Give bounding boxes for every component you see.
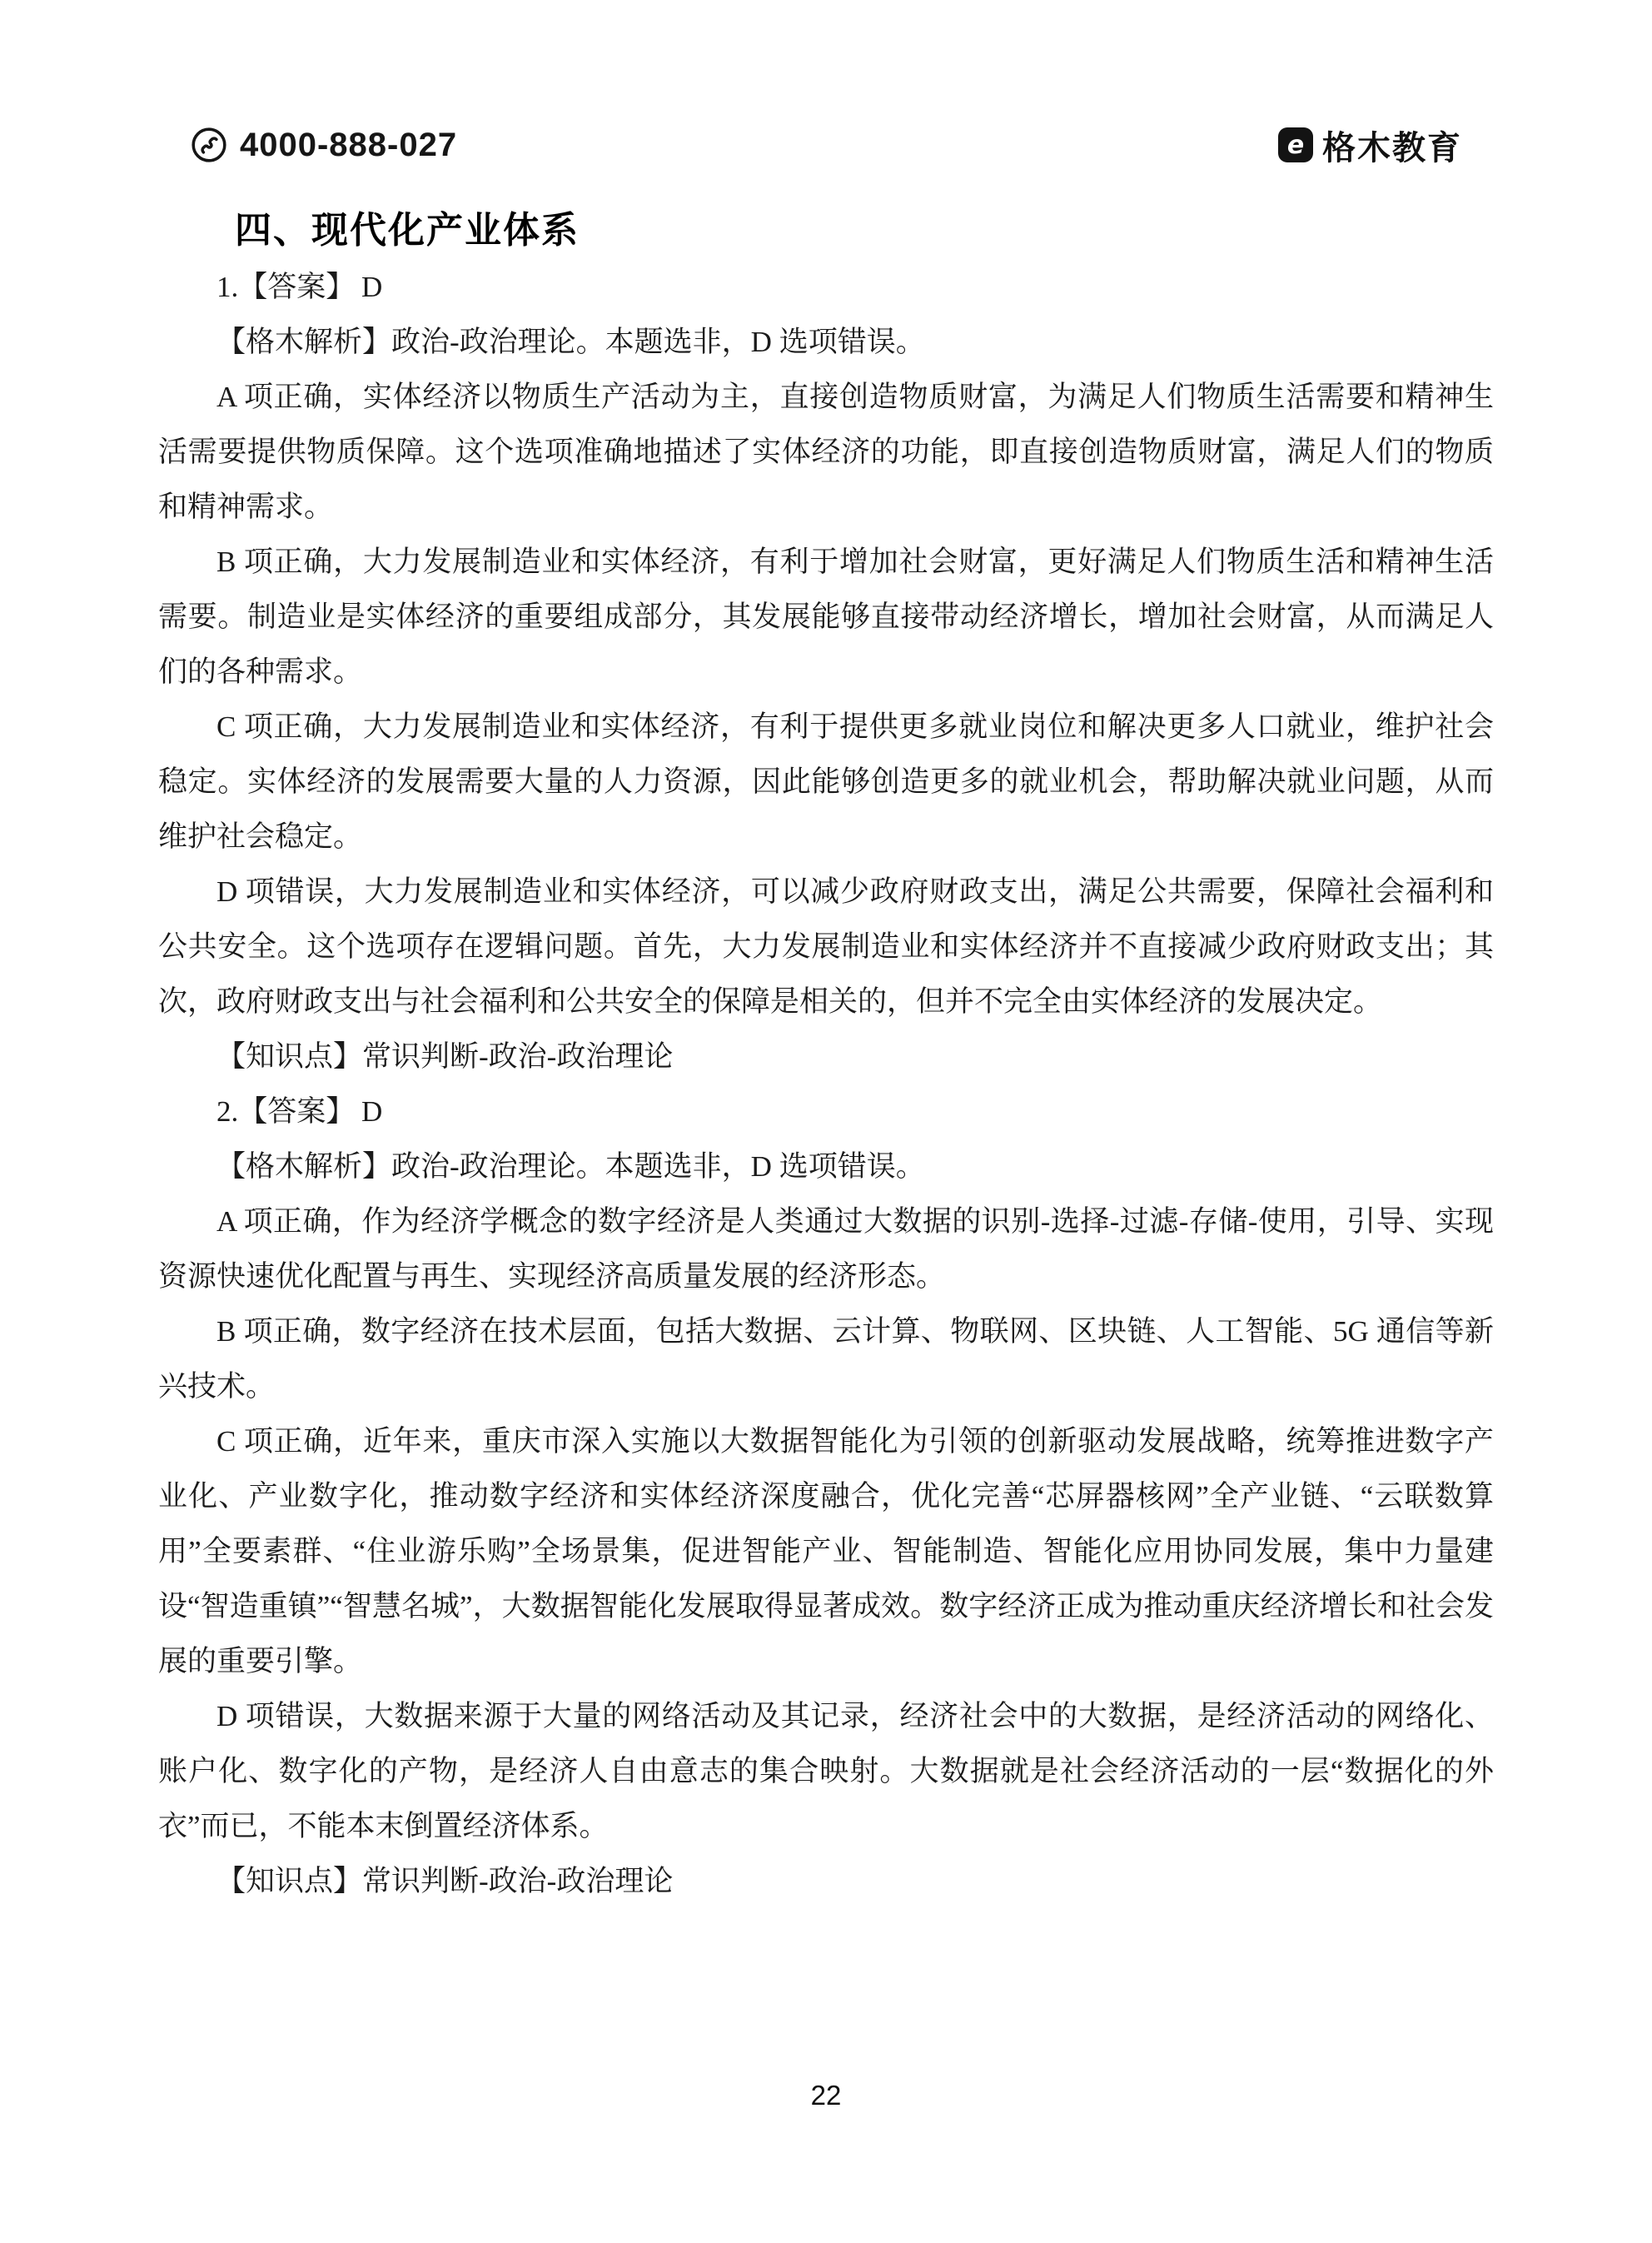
q2-option-a-paragraph: A 项正确，作为经济学概念的数字经济是人类通过大数据的识别-选择-过滤-存储-使… (158, 1194, 1494, 1304)
q2-answer-label: 【答案】 (238, 1095, 355, 1128)
q1-option-b-paragraph: B 项正确，大力发展制造业和实体经济，有利于增加社会财富，更好满足人们物质生活和… (158, 535, 1494, 700)
content-body: 1.【答案】D 【格木解析】政治-政治理论。本题选非，D 选项错误。 A 项正确… (158, 260, 1494, 1909)
document-page: 4000-888-027 e 格木教育 四、现代化产业体系 1.【答案】D 【格… (0, 0, 1652, 2243)
q1-option-d-paragraph: D 项错误，大力发展制造业和实体经济，可以减少政府财政支出，满足公共需要，保障社… (158, 865, 1494, 1029)
q2-option-b-paragraph: B 项正确，数字经济在技术层面，包括大数据、云计算、物联网、区块链、人工智能、5… (158, 1304, 1494, 1414)
q1-knowledge-line: 【知识点】常识判断-政治-政治理论 (158, 1029, 1494, 1084)
header-phone: 4000-888-027 (190, 126, 457, 164)
q2-analysis-label: 【格木解析】 (216, 1150, 391, 1183)
q1-knowledge-text: 常识判断-政治-政治理论 (362, 1040, 673, 1073)
page-header: 4000-888-027 e 格木教育 (190, 123, 1462, 167)
q2-knowledge-label: 【知识点】 (216, 1865, 362, 1897)
phone-icon (190, 126, 228, 164)
q1-analysis-text: 政治-政治理论。本题选非，D 选项错误。 (391, 326, 925, 358)
q2-knowledge-text: 常识判断-政治-政治理论 (362, 1865, 673, 1897)
q2-option-c-paragraph: C 项正确，近年来，重庆市深入实施以大数据智能化为引领的创新驱动发展战略，统筹推… (158, 1414, 1494, 1689)
q1-answer-value: D (361, 271, 382, 303)
q1-option-c-paragraph: C 项正确，大力发展制造业和实体经济，有利于提供更多就业岗位和解决更多人口就业，… (158, 700, 1494, 865)
q1-answer-label: 【答案】 (238, 271, 355, 303)
q1-analysis-line: 【格木解析】政治-政治理论。本题选非，D 选项错误。 (158, 315, 1494, 370)
page-number: 22 (0, 2080, 1652, 2111)
q2-answer-line: 2.【答案】D (158, 1084, 1494, 1139)
q2-answer-value: D (361, 1095, 382, 1128)
brand-logo: e 格木教育 (1277, 122, 1462, 169)
section-title: 四、现代化产业体系 (235, 200, 580, 253)
q1-answer-line: 1.【答案】D (158, 260, 1494, 315)
q1-analysis-label: 【格木解析】 (216, 326, 391, 358)
q1-option-a-paragraph: A 项正确，实体经济以物质生产活动为主，直接创造物质财富，为满足人们物质生活需要… (158, 370, 1494, 535)
q2-knowledge-line: 【知识点】常识判断-政治-政治理论 (158, 1854, 1494, 1909)
q2-number: 2. (216, 1095, 238, 1128)
svg-text:e: e (1287, 131, 1304, 160)
q1-number: 1. (216, 271, 238, 303)
phone-number: 4000-888-027 (240, 127, 457, 164)
q2-analysis-text: 政治-政治理论。本题选非，D 选项错误。 (391, 1150, 925, 1183)
q2-analysis-line: 【格木解析】政治-政治理论。本题选非，D 选项错误。 (158, 1139, 1494, 1194)
q2-option-d-paragraph: D 项错误，大数据来源于大量的网络活动及其记录，经济社会中的大数据，是经济活动的… (158, 1689, 1494, 1854)
q1-knowledge-label: 【知识点】 (216, 1040, 362, 1073)
brand-name: 格木教育 (1322, 122, 1462, 169)
gemu-logo-icon: e (1277, 127, 1314, 163)
